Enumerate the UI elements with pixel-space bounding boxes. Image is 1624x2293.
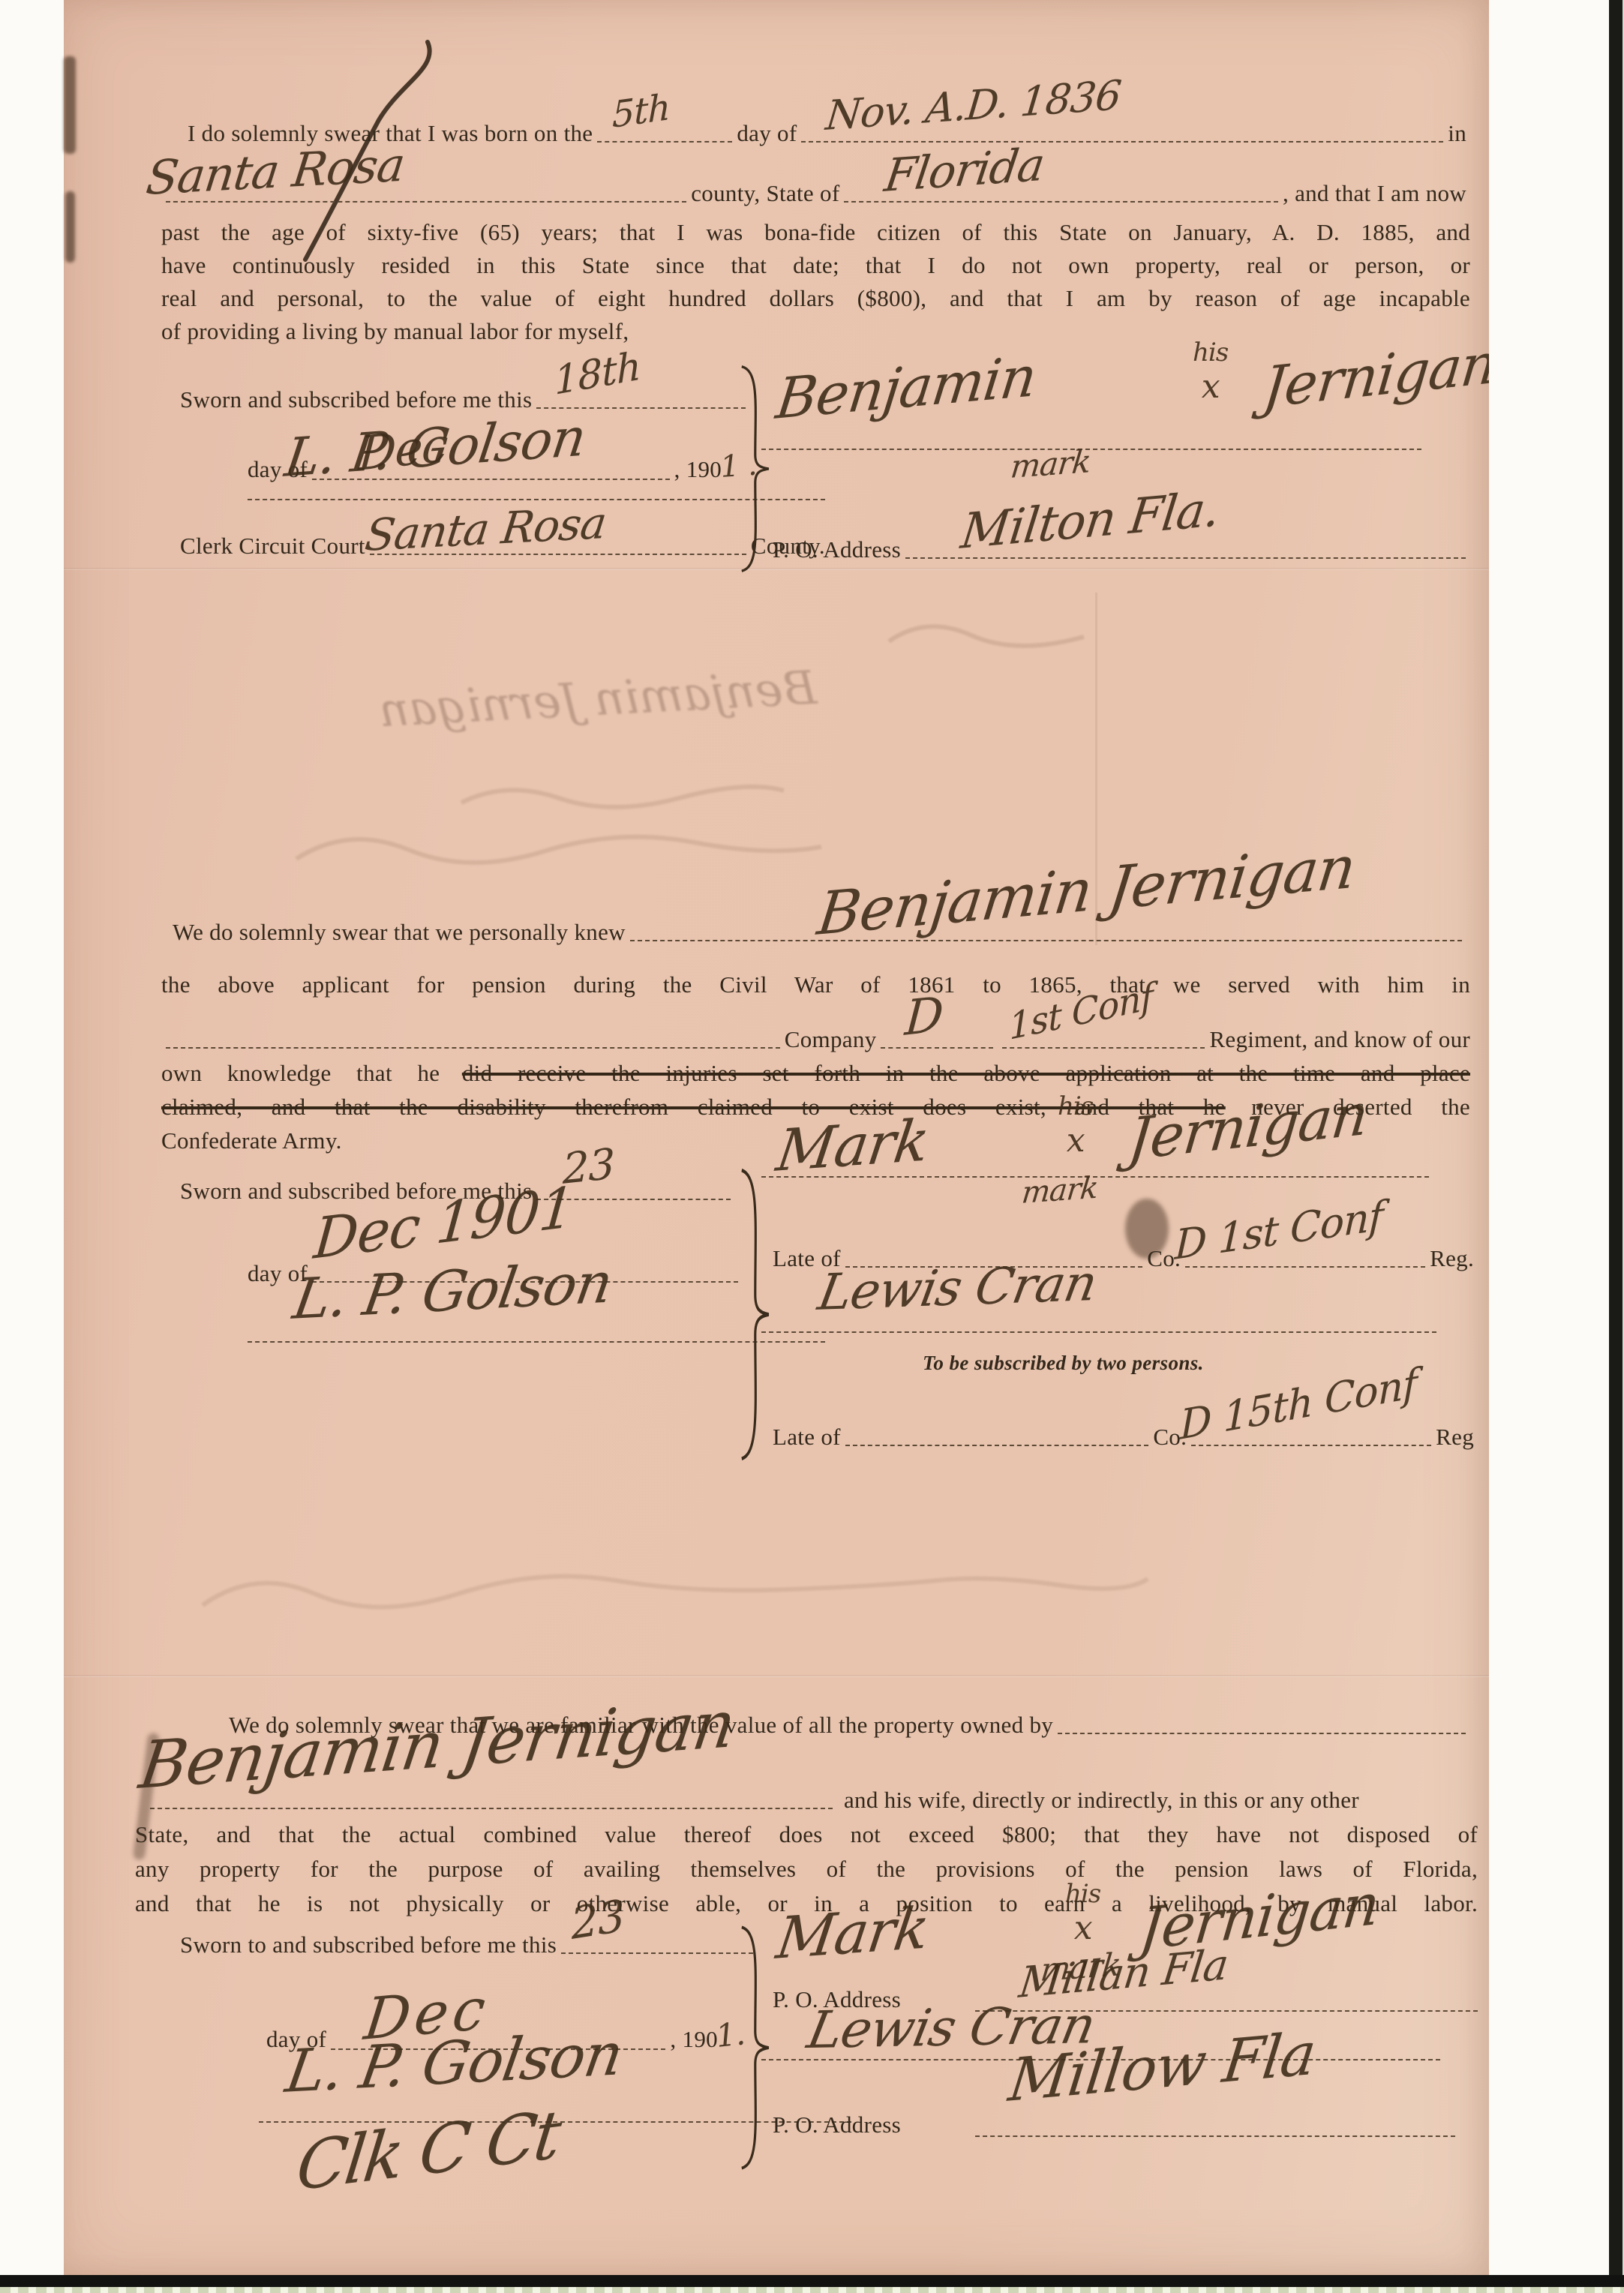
oath-line2-end: , and that I am now: [1283, 180, 1466, 207]
po-address-line: P. O. Address Milton Fla.: [773, 536, 1470, 563]
company-handwritten: D: [903, 987, 944, 1047]
late-of-blank: [845, 1437, 1149, 1446]
right-brace: [734, 1924, 774, 2171]
company-blank: D: [881, 1040, 993, 1049]
witness1-first-name: Mark: [773, 1894, 933, 1972]
right-brace: [734, 364, 774, 574]
service-line6: Confederate Army.: [161, 1127, 342, 1154]
fold-crease: [64, 1675, 1489, 1677]
county-state-label: county, State of: [691, 180, 839, 207]
year-printed: , 190: [674, 456, 722, 483]
unit-blank: D 15th Conf: [1191, 1437, 1431, 1446]
applicant-last-name: Jernigan: [1260, 331, 1499, 421]
oath-body-line4: of providing a living by manual labor fo…: [161, 318, 629, 345]
oath-line1-end: in: [1448, 120, 1466, 147]
x-mark: x: [1074, 1909, 1092, 1947]
state-blank: Florida: [844, 194, 1278, 203]
scanned-pension-form: I do solemnly swear that I was born on t…: [0, 0, 1624, 2293]
his-x-stack: his x: [1058, 1091, 1093, 1160]
applicant-signature-group: Benjamin his x Jernigan: [773, 368, 1478, 473]
property-line4: any property for the purpose of availing…: [135, 1856, 1478, 1883]
po-address-handwritten: Milton Fla.: [958, 482, 1223, 560]
his-x-stack: his x: [1065, 1879, 1100, 1947]
service-line4: own knowledge that he did receive the in…: [161, 1060, 1470, 1087]
mark-word: mark: [1020, 1170, 1100, 1211]
clerk-county-handwritten: Santa Rosa: [362, 497, 609, 561]
sworn-day-handwritten: 18th: [554, 344, 641, 404]
owner-name-line: [150, 1808, 833, 1809]
property-line3: State, and that the actual combined valu…: [135, 1821, 1478, 1848]
right-brace: [734, 1166, 774, 1463]
jurat-age: Sworn and subscribed before me this 18th…: [64, 353, 1489, 593]
po-address-label: P. O. Address: [773, 536, 901, 563]
knew-label: We do solemnly swear that we personally …: [173, 919, 626, 946]
subscribe-note: To be subscribed by two persons.: [923, 1352, 1204, 1375]
line4-pre: own knowledge that he: [161, 1060, 440, 1086]
reg-label: Reg: [1436, 1424, 1474, 1451]
company-lead-blank: [166, 1040, 780, 1049]
company-line: Company D 1st Conf Regiment, and know of…: [161, 1026, 1470, 1053]
owner-name-blank: [1058, 1725, 1466, 1734]
oath-body-line3: real and personal, to the value of eight…: [161, 285, 1470, 312]
officer-title-signature: Clk C Ct: [293, 2095, 563, 2206]
his-word: his: [1065, 1879, 1100, 1909]
po-address-blank: Milton Fla.: [905, 550, 1466, 559]
late-of-line-2: Late of Co. D 15th Conf Reg: [773, 1424, 1474, 1451]
scan-bottom-strip: [0, 2287, 1624, 2293]
x-mark: x: [1067, 1121, 1085, 1160]
binding-smudge: [65, 191, 75, 263]
witness2-po-line: [975, 2135, 1455, 2137]
service-line2: the above applicant for pension during t…: [161, 971, 1470, 998]
reg-label: Reg.: [1430, 1245, 1474, 1272]
sworn-line: Sworn to and subscribed before me this 2…: [180, 1931, 758, 1958]
clerk-county-blank: Santa Rosa: [370, 546, 746, 555]
sworn-label: Sworn and subscribed before me this: [180, 386, 532, 413]
state-handwritten: Florida: [881, 138, 1047, 203]
struck-text-1: did receive the injuries set forth in th…: [462, 1060, 1470, 1086]
ghost-scrawl-lower: [188, 1534, 1200, 1646]
birth-date-blank: Nov. A.D. 1836: [801, 134, 1443, 143]
company-label: Company: [785, 1026, 877, 1053]
witness2-signature-line: [761, 1331, 1436, 1333]
witness1-first-name: Mark: [773, 1106, 933, 1184]
his-x-stack: his x: [1193, 338, 1228, 406]
witness2-signature: Lewis Cran: [814, 1254, 1101, 1322]
birth-date-handwritten: Nov. A.D. 1836: [824, 71, 1123, 140]
year-printed: , 190: [670, 2026, 718, 2053]
oath-line-2: Santa Rosa county, State of Florida , an…: [161, 180, 1466, 207]
scan-bottom-black-band: [0, 2275, 1624, 2287]
sworn-day-blank: 23: [561, 1945, 753, 1954]
applicant-first-name: Benjamin: [773, 344, 1040, 432]
his-word: his: [1193, 338, 1228, 368]
regiment-label: Regiment, and know of our: [1209, 1026, 1470, 1053]
x-mark: x: [1202, 368, 1220, 406]
property-line2: and his wife, directly or indirectly, in…: [844, 1787, 1359, 1814]
birth-day-blank: 5th: [597, 134, 732, 143]
jurat-service: Sworn and subscribed before me this 23 d…: [64, 1155, 1489, 1493]
unit-blank: D 1st Conf: [1185, 1259, 1425, 1268]
sworn-day-handwritten: 23: [570, 1889, 626, 1949]
applicant-name-blank: [630, 932, 1462, 941]
clerk-office-label: Clerk Circuit Court: [180, 533, 365, 560]
oath-body-line2: have continuously resided in this State …: [161, 252, 1470, 279]
sworn-label: Sworn to and subscribed before me this: [180, 1931, 557, 1958]
late-of-label: Late of: [773, 1424, 841, 1451]
sworn-line: Sworn and subscribed before me this 18th: [180, 386, 750, 413]
regiment-blank: 1st Conf: [1002, 1040, 1205, 1049]
county-blank: Santa Rosa: [166, 194, 686, 203]
birth-day-handwritten: 5th: [612, 86, 670, 137]
county-handwritten: Santa Rosa: [143, 137, 407, 206]
day-of-label: day of: [737, 120, 797, 147]
jurat-property: Sworn to and subscribed before me this 2…: [64, 1905, 1489, 2265]
unit-handwritten: D 15th Conf: [1180, 1359, 1417, 1449]
po-address-label: P. O. Address: [773, 2111, 901, 2138]
form-paper: I do solemnly swear that I was born on t…: [64, 0, 1489, 2275]
owner-name-handwritten: Benjamin Jernigan: [135, 1686, 740, 1804]
mark-word: mark: [1009, 443, 1092, 485]
scan-margin-right: [1489, 0, 1609, 2293]
binding-smudge: [64, 56, 76, 154]
oath-body-line1: past the age of sixty-five (65) years; t…: [161, 219, 1470, 246]
scan-edge-dark-band: [1609, 0, 1622, 2293]
his-word: his: [1058, 1091, 1093, 1121]
clerk-line: Clerk Circuit Court Santa Rosa County.: [180, 533, 825, 560]
